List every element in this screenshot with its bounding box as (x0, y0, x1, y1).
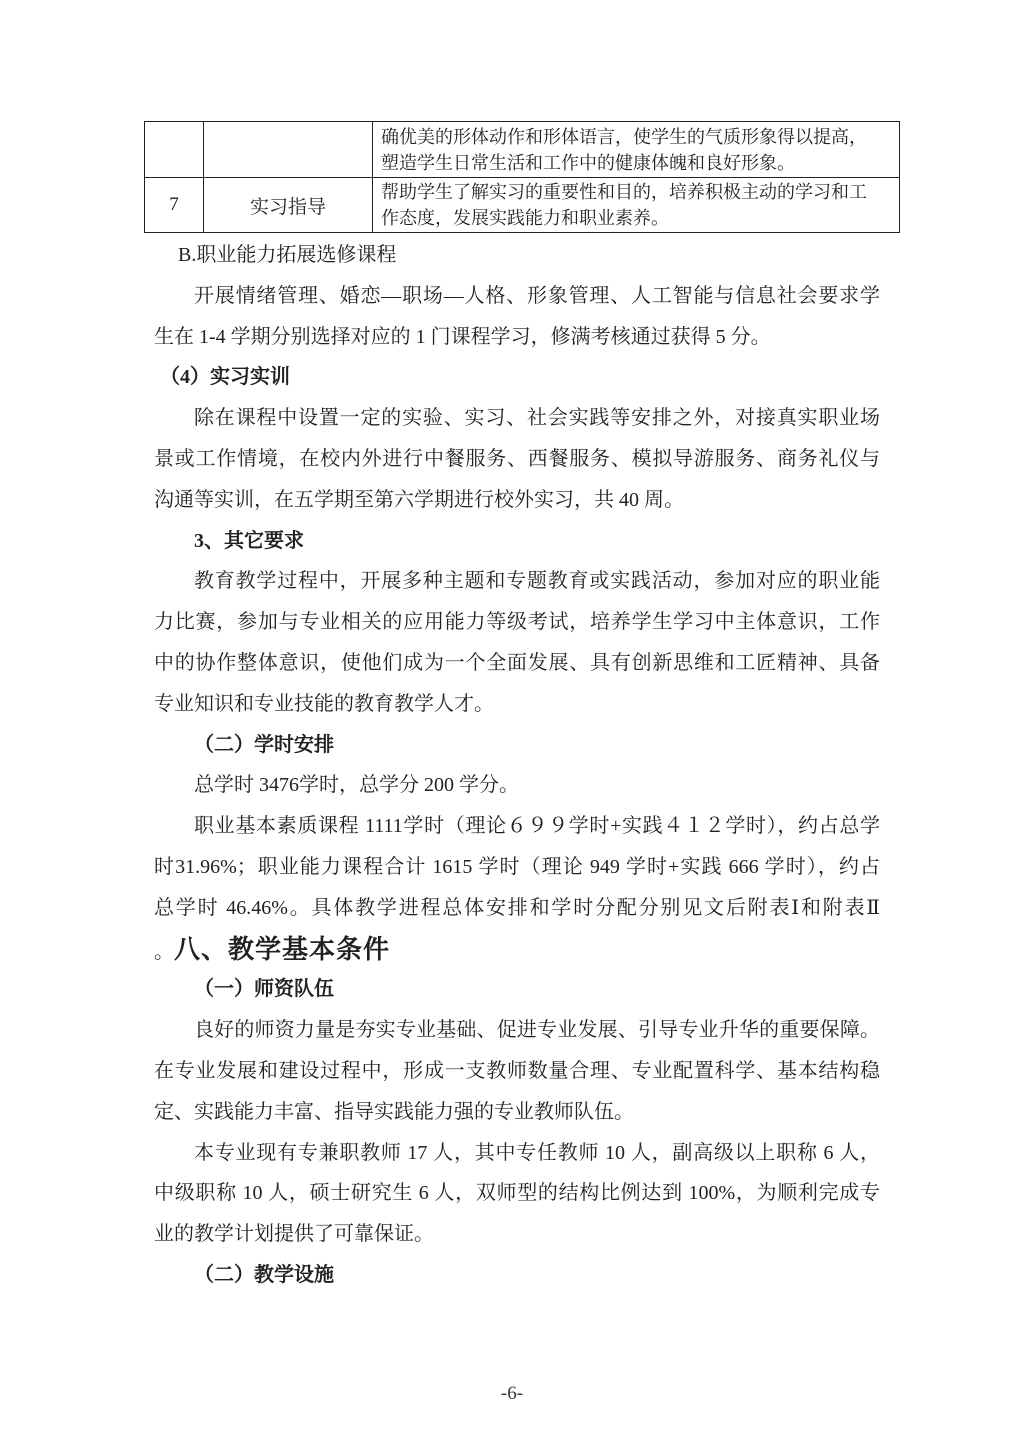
text-line: 在专业发展和建设过程中，形成一支教师数量合理、专业配置科学、基本结构稳 (154, 1051, 880, 1092)
body-text: B.职业能力拓展选修课程开展情绪管理、婚恋—职场—人格、形象管理、人工智能与信息… (154, 235, 880, 1296)
course-description-line: 作态度，发展实践能力和职业素养。 (381, 205, 891, 231)
table-row: 7实习指导帮助学生了解实习的重要性和目的，培养积极主动的学习和工作态度，发展实践… (145, 178, 900, 233)
course-description-line: 确优美的形体动作和形体语言，使学生的气质形象得以提高， (381, 124, 891, 150)
course-description-line: 帮助学生了解实习的重要性和目的，培养积极主动的学习和工 (381, 179, 891, 205)
text-line: 良好的师资力量是夯实专业基础、促进专业发展、引导专业升华的重要保障。 (154, 1010, 880, 1051)
chapter-heading: 八、教学基本条件 (174, 934, 390, 964)
text-line: 生在 1-4 学期分别选择对应的 1 门课程学习，修满考核通过获得 5 分。 (154, 317, 880, 358)
section-heading: （4）实习实训 (154, 357, 880, 398)
text-line: 专业知识和专业技能的教育教学人才。 (154, 684, 880, 725)
course-number-cell: 7 (145, 178, 204, 233)
text-line: 开展情绪管理、婚恋—职场—人格、形象管理、人工智能与信息社会要求学 (154, 276, 880, 317)
text-line: 业的教学计划提供了可靠保证。 (154, 1214, 880, 1255)
section-heading: B.职业能力拓展选修课程 (154, 235, 880, 276)
text-line: 定、实践能力丰富、指导实践能力强的专业教师队伍。 (154, 1092, 880, 1133)
text-line: 力比赛，参加与专业相关的应用能力等级考试，培养学生学习中主体意识，工作 (154, 602, 880, 643)
section-heading: （一）师资队伍 (154, 969, 880, 1010)
text-line: 总学时 46.46%。具体教学进程总体安排和学时分配分别见文后附表Ⅰ和附表Ⅱ (154, 888, 880, 929)
section-heading: （二）教学设施 (154, 1255, 880, 1296)
course-table: 确优美的形体动作和形体语言，使学生的气质形象得以提高，塑造学生日常生活和工作中的… (144, 121, 900, 233)
text-line: 中的协作整体意识，使他们成为一个全面发展、具有创新思维和工匠精神、具备 (154, 643, 880, 684)
course-name-cell: 实习指导 (204, 178, 373, 233)
section-heading: 3、其它要求 (154, 521, 880, 562)
text-line: 沟通等实训，在五学期至第六学期进行校外实习，共 40 周。 (154, 480, 880, 521)
course-description-cell: 帮助学生了解实习的重要性和目的，培养积极主动的学习和工作态度，发展实践能力和职业… (373, 178, 900, 233)
page-number: -6- (0, 1383, 1024, 1405)
course-table-body: 确优美的形体动作和形体语言，使学生的气质形象得以提高，塑造学生日常生活和工作中的… (145, 122, 900, 233)
wrapped-period-mark: 。 (154, 941, 174, 963)
text-line: 教育教学过程中，开展多种主题和专题教育或实践活动，参加对应的职业能 (154, 561, 880, 602)
text-line: 职业基本素质课程 1111学时（理论６９９学时+实践４１２学时），约占总学 (154, 806, 880, 847)
text-line: 总学时 3476学时，总学分 200 学分。 (154, 765, 880, 806)
text-line: 中级职称 10 人，硕士研究生 6 人，双师型的结构比例达到 100%，为顺利完… (154, 1173, 880, 1214)
section-heading: 。八、教学基本条件 (154, 929, 880, 970)
section-heading: （二）学时安排 (154, 725, 880, 766)
document-page: 确优美的形体动作和形体语言，使学生的气质形象得以提高，塑造学生日常生活和工作中的… (0, 0, 1024, 1448)
course-number-cell (145, 122, 204, 178)
course-name-cell (204, 122, 373, 178)
text-line: 时31.96%；职业能力课程合计 1615 学时（理论 949 学时+实践 66… (154, 847, 880, 888)
text-line: 本专业现有专兼职教师 17 人，其中专任教师 10 人，副高级以上职称 6 人， (154, 1133, 880, 1174)
course-description-cell: 确优美的形体动作和形体语言，使学生的气质形象得以提高，塑造学生日常生活和工作中的… (373, 122, 900, 178)
text-line: 除在课程中设置一定的实验、实习、社会实践等安排之外，对接真实职业场 (154, 398, 880, 439)
text-line: 景或工作情境，在校内外进行中餐服务、西餐服务、模拟导游服务、商务礼仪与 (154, 439, 880, 480)
table-row: 确优美的形体动作和形体语言，使学生的气质形象得以提高，塑造学生日常生活和工作中的… (145, 122, 900, 178)
course-description-line: 塑造学生日常生活和工作中的健康体魄和良好形象。 (381, 150, 891, 176)
